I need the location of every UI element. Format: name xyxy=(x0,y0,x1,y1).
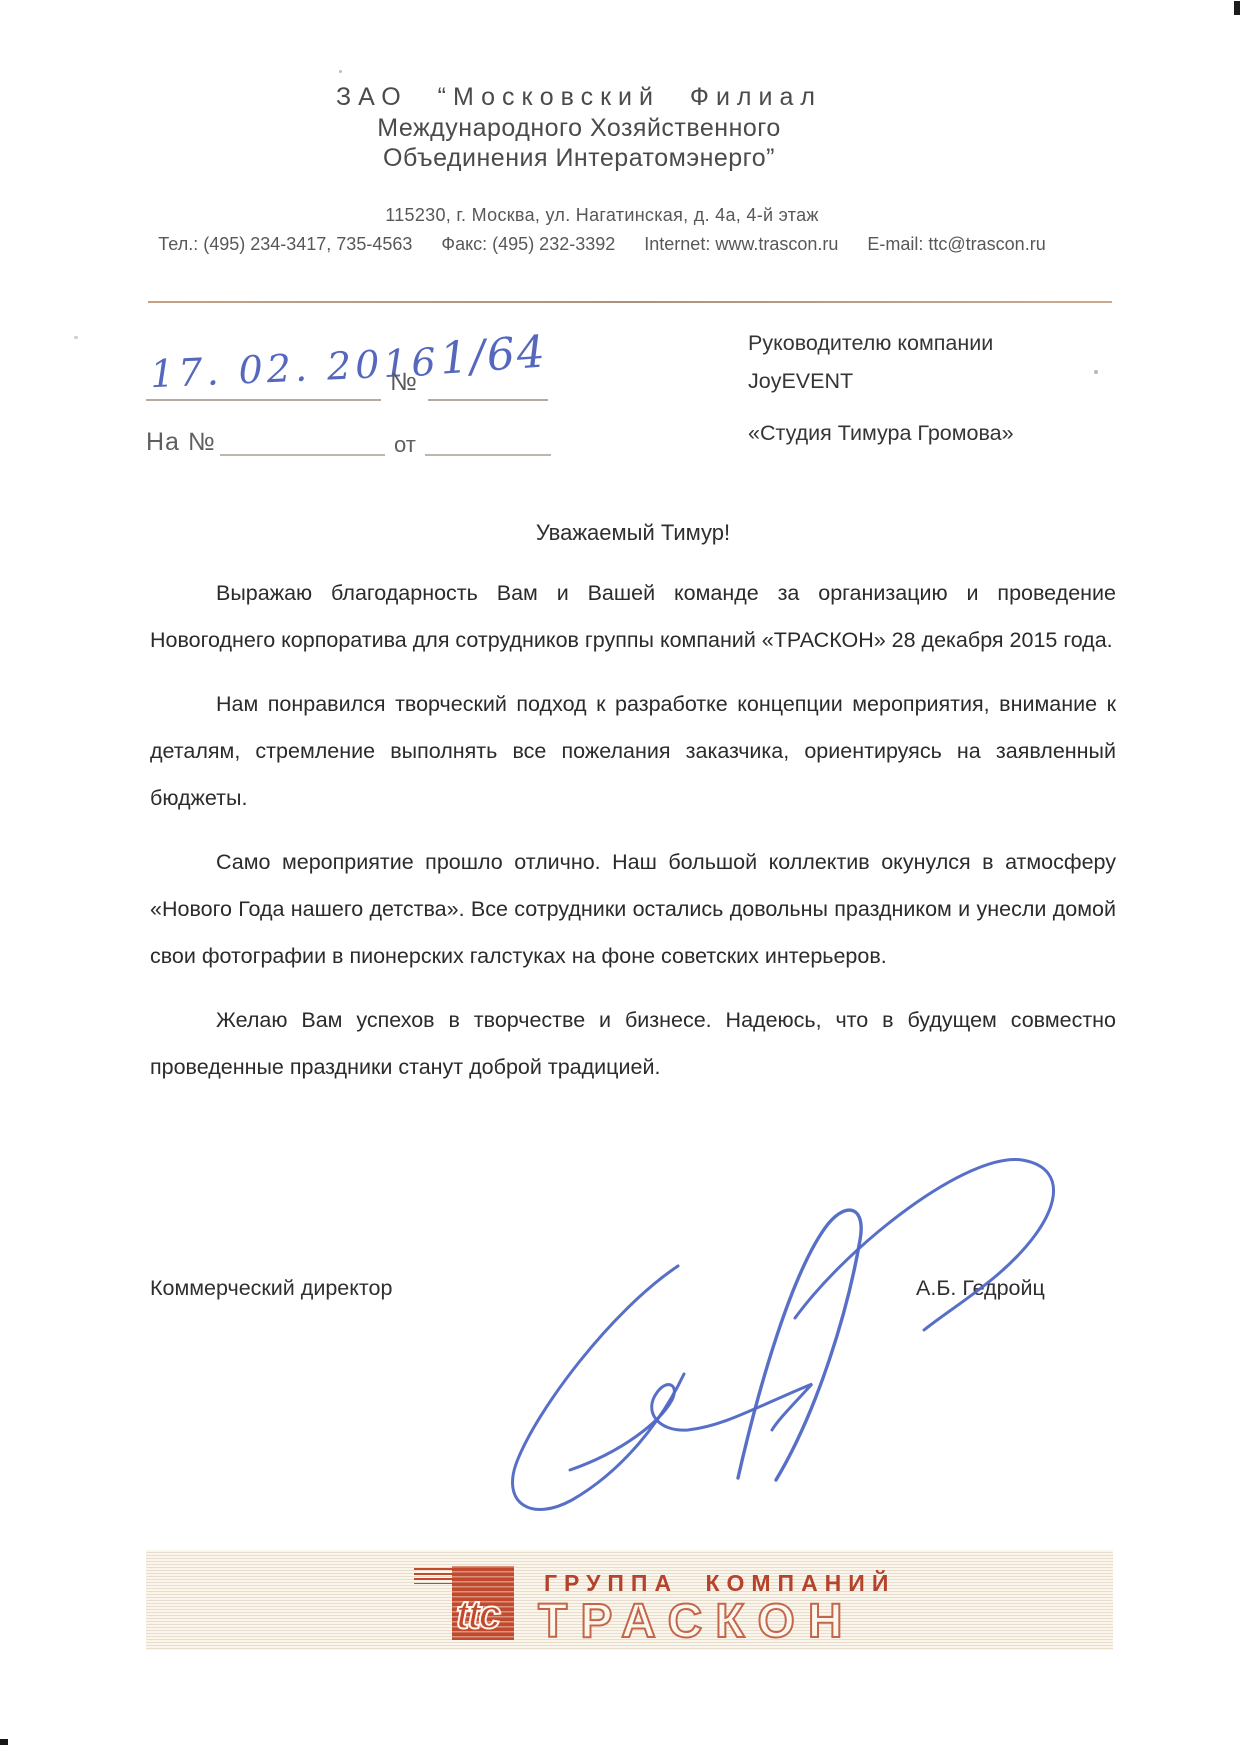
reply-date-label: от xyxy=(394,432,416,458)
ttc-logo-text: ttc xyxy=(456,1593,499,1638)
signer-position-title: Коммерческий директор xyxy=(150,1276,392,1301)
number-underline xyxy=(428,399,548,401)
fax-contact: Факс: (495) 232-3392 xyxy=(441,234,615,254)
company-address: 115230, г. Москва, ул. Нагатинская, д. 4… xyxy=(0,205,1204,226)
footer-letterhead-banner: ttc ГРУППА КОМПАНИЙ ТРАСКОН xyxy=(146,1550,1113,1650)
company-name-line1: ЗАО “Московский Филиал xyxy=(0,82,1158,113)
paragraph-3: Само мероприятие прошло отлично. Наш бол… xyxy=(150,839,1116,980)
number-sign-label: № xyxy=(390,368,417,397)
website-contact: Internet: www.trascon.ru xyxy=(644,234,838,254)
scan-speck xyxy=(74,336,78,339)
email-contact: E-mail: ttc@trascon.ru xyxy=(867,234,1045,254)
paragraph-2: Нам понравился творческий подход к разра… xyxy=(150,681,1116,822)
salutation: Уважаемый Тимур! xyxy=(150,520,1116,546)
scan-speck xyxy=(339,70,342,73)
scan-speck xyxy=(1094,370,1098,374)
letterhead-divider-rule xyxy=(148,301,1112,303)
paragraph-4: Желаю Вам успехов в творчестве и бизнесе… xyxy=(150,997,1116,1091)
group-of-companies-label: ГРУППА КОМПАНИЙ xyxy=(544,1570,895,1597)
logo-stripe-ticks xyxy=(414,1568,454,1584)
company-name-block: ЗАО “Московский Филиал Международного Хо… xyxy=(0,82,1158,173)
recipient-company: JoyEVENT xyxy=(748,362,1014,400)
paragraph-1: Выражаю благодарность Вам и Вашей команд… xyxy=(150,570,1116,664)
signer-name: А.Б. Гедройц xyxy=(916,1276,1045,1301)
reply-date-blank-underline xyxy=(425,454,551,456)
trascon-brand-name: ТРАСКОН xyxy=(538,1594,856,1649)
reply-number-blank-underline xyxy=(220,454,385,456)
ttc-logo-icon: ttc xyxy=(452,1566,514,1640)
date-underline xyxy=(146,399,381,401)
handwritten-signature-ink xyxy=(420,1148,1100,1528)
recipient-role: Руководителю компании xyxy=(748,324,1014,362)
scan-artifact-top-right xyxy=(1234,1,1240,15)
company-contacts-line: Тел.: (495) 234-3417, 735-4563 Факс: (49… xyxy=(0,234,1204,255)
recipient-block: Руководителю компании JoyEVENT «Студия Т… xyxy=(748,324,1014,452)
scan-artifact-bottom-left xyxy=(0,1739,8,1745)
company-name-line3: Объединения Интератомэнерго” xyxy=(0,143,1158,173)
reply-to-number-label: На № xyxy=(146,428,216,457)
recipient-studio: «Студия Тимура Громова» xyxy=(748,414,1014,452)
scanned-letter-page: ЗАО “Московский Филиал Международного Хо… xyxy=(0,0,1242,1755)
handwritten-outgoing-number: 1/64 xyxy=(438,326,548,384)
phone-contact: Тел.: (495) 234-3417, 735-4563 xyxy=(158,234,412,254)
letter-body: Выражаю благодарность Вам и Вашей команд… xyxy=(150,570,1116,1108)
company-name-line2: Международного Хозяйственного xyxy=(0,113,1158,143)
